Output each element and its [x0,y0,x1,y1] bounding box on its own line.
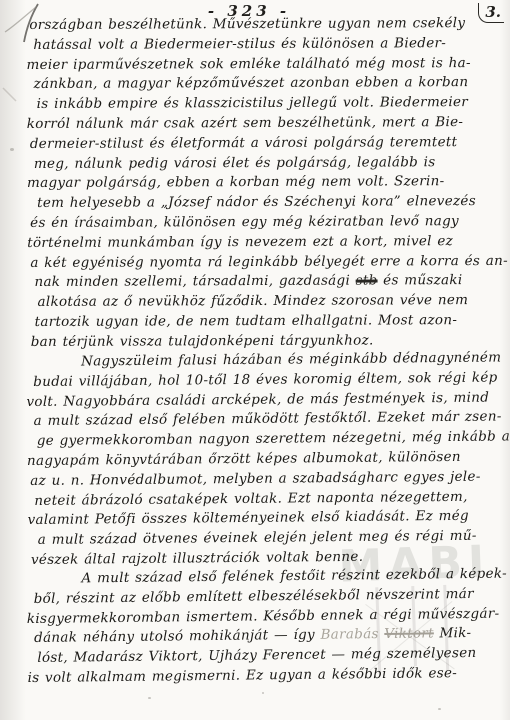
paper-speck [262,692,264,694]
paper-speck [438,708,441,710]
page-corner-number-text: 3. [478,3,504,23]
manuscript-segment-ink: dának néhány utolsó mohikánját — így [34,627,321,646]
manuscript-segment-ink: nak minden szellemi, társadalmi, gazdasá… [34,273,355,290]
manuscript-segment-ink: Mik- [434,626,472,642]
manuscript-line: zánkban, a magyar képzőművészet azonban … [34,73,510,95]
manuscript-segment-ink-strike: stb [356,273,378,289]
manuscript-line: meg, nálunk pedig városi élet és polgárs… [34,152,510,174]
manuscript-segment-ink: és műszaki [378,272,463,288]
manuscript-line: meier iparművészetnek sok emléke találha… [26,54,509,76]
manuscript-line: a mult század ötvenes éveinek elején jel… [38,526,510,550]
manuscript-line: nak minden szellemi, társadalmi, gazdasá… [34,271,510,293]
manuscript-paragraph: Nagyszüleim falusi házában és méginkább … [29,348,510,570]
manuscript-paragraph: A mult század első felének festőit részi… [29,565,510,689]
manuscript-line: dermeier-stilust és életformát a városi … [30,133,510,155]
manuscript-line: tartozik ugyan ide, de nem tudtam elhall… [35,311,510,333]
paper-speck [148,697,151,699]
manuscript-line: alkotása az ő nevükhöz fűződik. Mindez s… [37,291,510,313]
manuscript-paragraph: országban beszélhetünk. Művészetünkre ug… [29,14,510,353]
manuscript-line: tem helyesebb a „József nádor és Széchen… [37,192,510,214]
manuscript-line: is volt alkalmam megismerni. Ez ugyan a … [27,664,510,689]
manuscript-line: is inkább empire és klasszicistilus jell… [37,93,510,115]
manuscript-line: a két egyéniség nyomta rá leginkább bély… [30,251,510,273]
manuscript-line: korról nálunk már csak azért sem beszélh… [27,113,510,135]
manuscript-body: országban beszélhetünk. Művészetünkre ug… [0,16,510,689]
manuscript-segment-pencil: Barabás [320,627,378,644]
manuscript-line: magyar polgárság, ebben a korban még nem… [27,172,510,194]
manuscript-segment-pencil-strike: Viktort [384,626,434,643]
paper: - 323 - 3. MABI országban beszélhetünk. … [0,0,510,720]
manuscript-line: történelmi munkámban így is nevezem ezt … [27,232,510,254]
manuscript-line: és én írásaimban, különösen egy még kézi… [30,212,510,234]
page-corner-number: 3. [478,2,504,23]
manuscript-line: hatással volt a Biedermeier-stilus és kü… [33,34,509,56]
page-header-number: - 323 - [0,2,510,20]
corner-crease-mark [0,0,70,110]
